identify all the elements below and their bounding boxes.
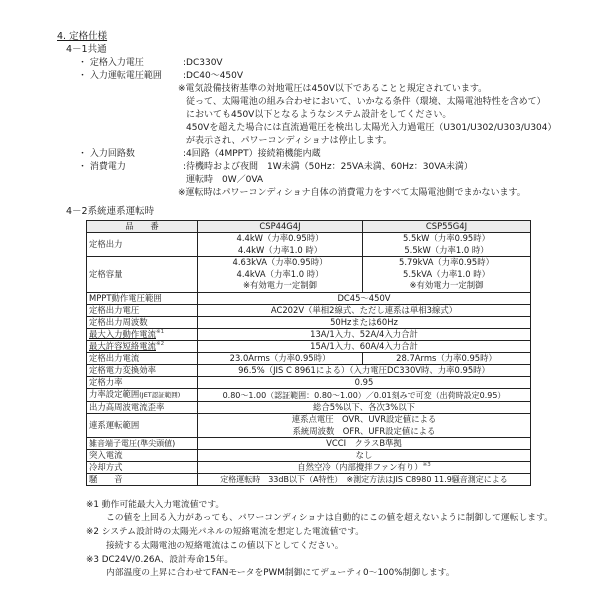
table-row: 力率設定範囲(JET認証範囲) 0.80～1.00（認証範囲：0.80～1.00…: [87, 389, 531, 402]
table-row: 定格電力変換効率 96.5%（JIS C 8961による）（入力電圧DC330V…: [87, 365, 531, 377]
table-header-row: 品 番 CSP44G4J CSP55G4J: [87, 221, 531, 233]
cell-line: 5.5kW（力率1.0 時）: [365, 245, 528, 257]
row-label: 騒 音: [87, 474, 198, 486]
table-row: 定格出力電圧 AC202V（単相2線式、ただし連系は単相3線式）: [87, 305, 531, 317]
cell-line: ※有効電力一定制御: [200, 280, 360, 292]
row-label: 冷却方式: [87, 462, 198, 474]
row-value: 0.80～1.00（認証範囲：0.80～1.00）／0.01刻みで可変（出荷時設…: [198, 389, 531, 402]
voltage-note-line: においても450V以下となるようなシステム設計をしてください。: [186, 109, 451, 121]
row-value: 96.5%（JIS C 8961による）（入力電圧DC330V時、力率0.95時…: [198, 365, 531, 377]
row-label: MPPT動作電圧範囲: [87, 293, 198, 305]
cell-model-b: 28.7Arms（力率0.95時）: [363, 353, 531, 365]
row-label: 最大入力動作電流※1: [87, 329, 198, 341]
header-label: 品 番: [87, 221, 198, 233]
row-value: なし: [198, 450, 531, 462]
row-label: 定格出力周波数: [87, 317, 198, 329]
cell-line: 連系点電圧 OVR、UVR設定値による: [200, 414, 528, 426]
row-value: 連系点電圧 OVR、UVR設定値による 系統周波数 OFR、UFR設定値による: [198, 414, 531, 438]
cell-line: 5.5kW（力率0.95時）: [365, 233, 528, 245]
spec-table: 品 番 CSP44G4J CSP55G4J 定格出力 4.4kW（力率0.95時…: [86, 220, 531, 486]
rated-input-voltage-label: ・ 定格入力電圧: [78, 57, 144, 69]
voltage-note-line: 450Vを超えた場合には直流過電圧を検出し太陽光入力過電圧（U301/U302/…: [186, 122, 557, 134]
table-row: MPPT動作電圧範囲 DC45～450V: [87, 293, 531, 305]
row-label: 定格出力電流: [87, 353, 198, 365]
row-label: 連系運転範囲: [87, 414, 198, 438]
footnote-1: ※1 動作可能最大入力電流値です。: [86, 499, 224, 511]
section-title: 4. 定格仕様: [57, 31, 107, 43]
table-row: 定格力率 0.95: [87, 377, 531, 389]
table-row: 雑音端子電圧(準尖頭値) VCCI クラスB準拠: [87, 438, 531, 450]
cell-model-a: 4.63kVA（力率0.95時） 4.4kVA（力率1.0 時） ※有効電力一定…: [198, 257, 363, 293]
cell-line: 4.4kVA（力率1.0 時）: [200, 269, 360, 281]
footnote-2-detail: 接続する太陽電池の短絡電流はこの値以下としてください。: [106, 540, 344, 552]
header-model-b: CSP55G4J: [363, 221, 531, 233]
row-label: 定格電力変換効率: [87, 365, 198, 377]
table-row: 騒 音 定格運転時 33dB以下（A特性） ※測定方法はJIS C8980 11…: [87, 474, 531, 486]
table-row: 突入電流 なし: [87, 450, 531, 462]
cell-line: 4.4kW（力率1.0 時）: [200, 245, 360, 257]
row-label: 定格出力電圧: [87, 305, 198, 317]
table-row: 定格容量 4.63kVA（力率0.95時） 4.4kVA（力率1.0 時） ※有…: [87, 257, 531, 293]
power-running-value: 運転時 0W／0VA: [186, 174, 263, 186]
footnote-2: ※2 システム設計時の太陽光パネルの短絡電流を想定した電流値です。: [86, 526, 364, 538]
cell-line: 5.79kVA（力率0.95時）: [365, 257, 528, 269]
table-row: 連系運転範囲 連系点電圧 OVR、UVR設定値による 系統周波数 OFR、UFR…: [87, 414, 531, 438]
cell-line: ※有効電力一定制御: [365, 280, 528, 292]
rated-input-voltage-value: :DC330V: [183, 57, 223, 69]
row-label: 定格出力: [87, 233, 198, 257]
table-row: 最大入力動作電流※1 13A/1入力、52A/4入力合計: [87, 329, 531, 341]
row-value: VCCI クラスB準拠: [198, 438, 531, 450]
row-label: 突入電流: [87, 450, 198, 462]
input-voltage-range-value: :DC40～450V: [183, 70, 243, 82]
input-circuits-value: :4回路（4MPPT）接続箱機能内蔵: [183, 148, 321, 160]
row-label-small: (JET認証範囲): [139, 391, 180, 399]
cell-model-a: 23.0Arms（力率0.95時）: [198, 353, 363, 365]
cell-line: 5.5kVA（力率1.0 時）: [365, 269, 528, 281]
row-label: 出力高周波電流歪率: [87, 402, 198, 414]
row-label: 定格力率: [87, 377, 198, 389]
row-label-text: 力率設定範囲: [89, 389, 139, 399]
footnote-ref: ※1: [156, 329, 164, 335]
header-model-a: CSP44G4J: [198, 221, 363, 233]
input-circuits-label: ・ 入力回路数: [78, 148, 135, 160]
row-value: 総合5%以下、各次3%以下: [198, 402, 531, 414]
cell-line: 4.63kVA（力率0.95時）: [200, 257, 360, 269]
row-value: AC202V（単相2線式、ただし連系は単相3線式）: [198, 305, 531, 317]
footnote-3-detail: 内部温度の上昇に合わせてFANモータをPWM制御にてデューティ0～100%制御し…: [106, 567, 455, 579]
footnote-ref: ※2: [156, 341, 164, 347]
row-value: 定格運転時 33dB以下（A特性） ※測定方法はJIS C8980 11.9騒音…: [198, 474, 531, 486]
row-label-text: 最大許容短絡電流: [89, 341, 156, 351]
row-label: 力率設定範囲(JET認証範囲): [87, 389, 198, 402]
subsection-common: 4－1共通: [66, 44, 107, 56]
table-row: 定格出力周波数 50Hzまたは60Hz: [87, 317, 531, 329]
voltage-note-line: 従って、太陽電池の組み合わせにおいて、いかなる条件（環境、太陽電池特性を含めて）: [186, 96, 546, 108]
subsection-grid: 4－2系統連系運転時: [66, 206, 154, 218]
row-value: 50Hzまたは60Hz: [198, 317, 531, 329]
voltage-note-line: ※電気設備技術基準の対地電圧は450V以下であることと規定されています。: [178, 83, 487, 95]
row-label: 最大許容短絡電流※2: [87, 341, 198, 353]
table-row: 定格出力電流 23.0Arms（力率0.95時） 28.7Arms（力率0.95…: [87, 353, 531, 365]
row-label: 定格容量: [87, 257, 198, 293]
row-label-text: 最大入力動作電流: [89, 329, 156, 339]
row-value: 0.95: [198, 377, 531, 389]
row-value-text: 自然空冷（内部攪拌ファン有り）: [297, 462, 422, 472]
input-voltage-range-label: ・ 入力運転電圧範囲: [78, 70, 162, 82]
cell-model-a: 4.4kW（力率0.95時） 4.4kW（力率1.0 時）: [198, 233, 363, 257]
footnote-3: ※3 DC24V/0.26A、設計寿命15年。: [86, 554, 233, 566]
voltage-note-line: が表示され、パワーコンディショナは停止します。: [186, 135, 392, 147]
table-row: 最大許容短絡電流※2 15A/1入力、60A/4入力合計: [87, 341, 531, 353]
footnote-ref: ※3: [423, 462, 431, 468]
row-value: 自然空冷（内部攪拌ファン有り）※3: [198, 462, 531, 474]
footnote-1-detail: この値を上回る入力があっても、パワーコンディショナは自動的にこの値を超えないよう…: [106, 512, 553, 524]
table-row: 出力高周波電流歪率 総合5%以下、各次3%以下: [87, 402, 531, 414]
cell-line: 4.4kW（力率0.95時）: [200, 233, 360, 245]
power-note: ※運転時はパワーコンディショナ自体の消費電力をすべて太陽電池側でまかないます。: [178, 187, 526, 199]
row-value: 13A/1入力、52A/4入力合計: [198, 329, 531, 341]
cell-model-b: 5.5kW（力率0.95時） 5.5kW（力率1.0 時）: [363, 233, 531, 257]
power-consumption-label: ・ 消費電力: [78, 161, 126, 173]
row-value: 15A/1入力、60A/4入力合計: [198, 341, 531, 353]
table-row: 冷却方式 自然空冷（内部攪拌ファン有り）※3: [87, 462, 531, 474]
row-label: 雑音端子電圧(準尖頭値): [87, 438, 198, 450]
table-row: 定格出力 4.4kW（力率0.95時） 4.4kW（力率1.0 時） 5.5kW…: [87, 233, 531, 257]
cell-line: 系統周波数 OFR、UFR設定値による: [200, 426, 528, 438]
power-consumption-value: :待機時および夜間 1W未満（50Hz：25VA未満、60Hz：30VA未満）: [183, 161, 473, 173]
row-value: DC45～450V: [198, 293, 531, 305]
cell-model-b: 5.79kVA（力率0.95時） 5.5kVA（力率1.0 時） ※有効電力一定…: [363, 257, 531, 293]
